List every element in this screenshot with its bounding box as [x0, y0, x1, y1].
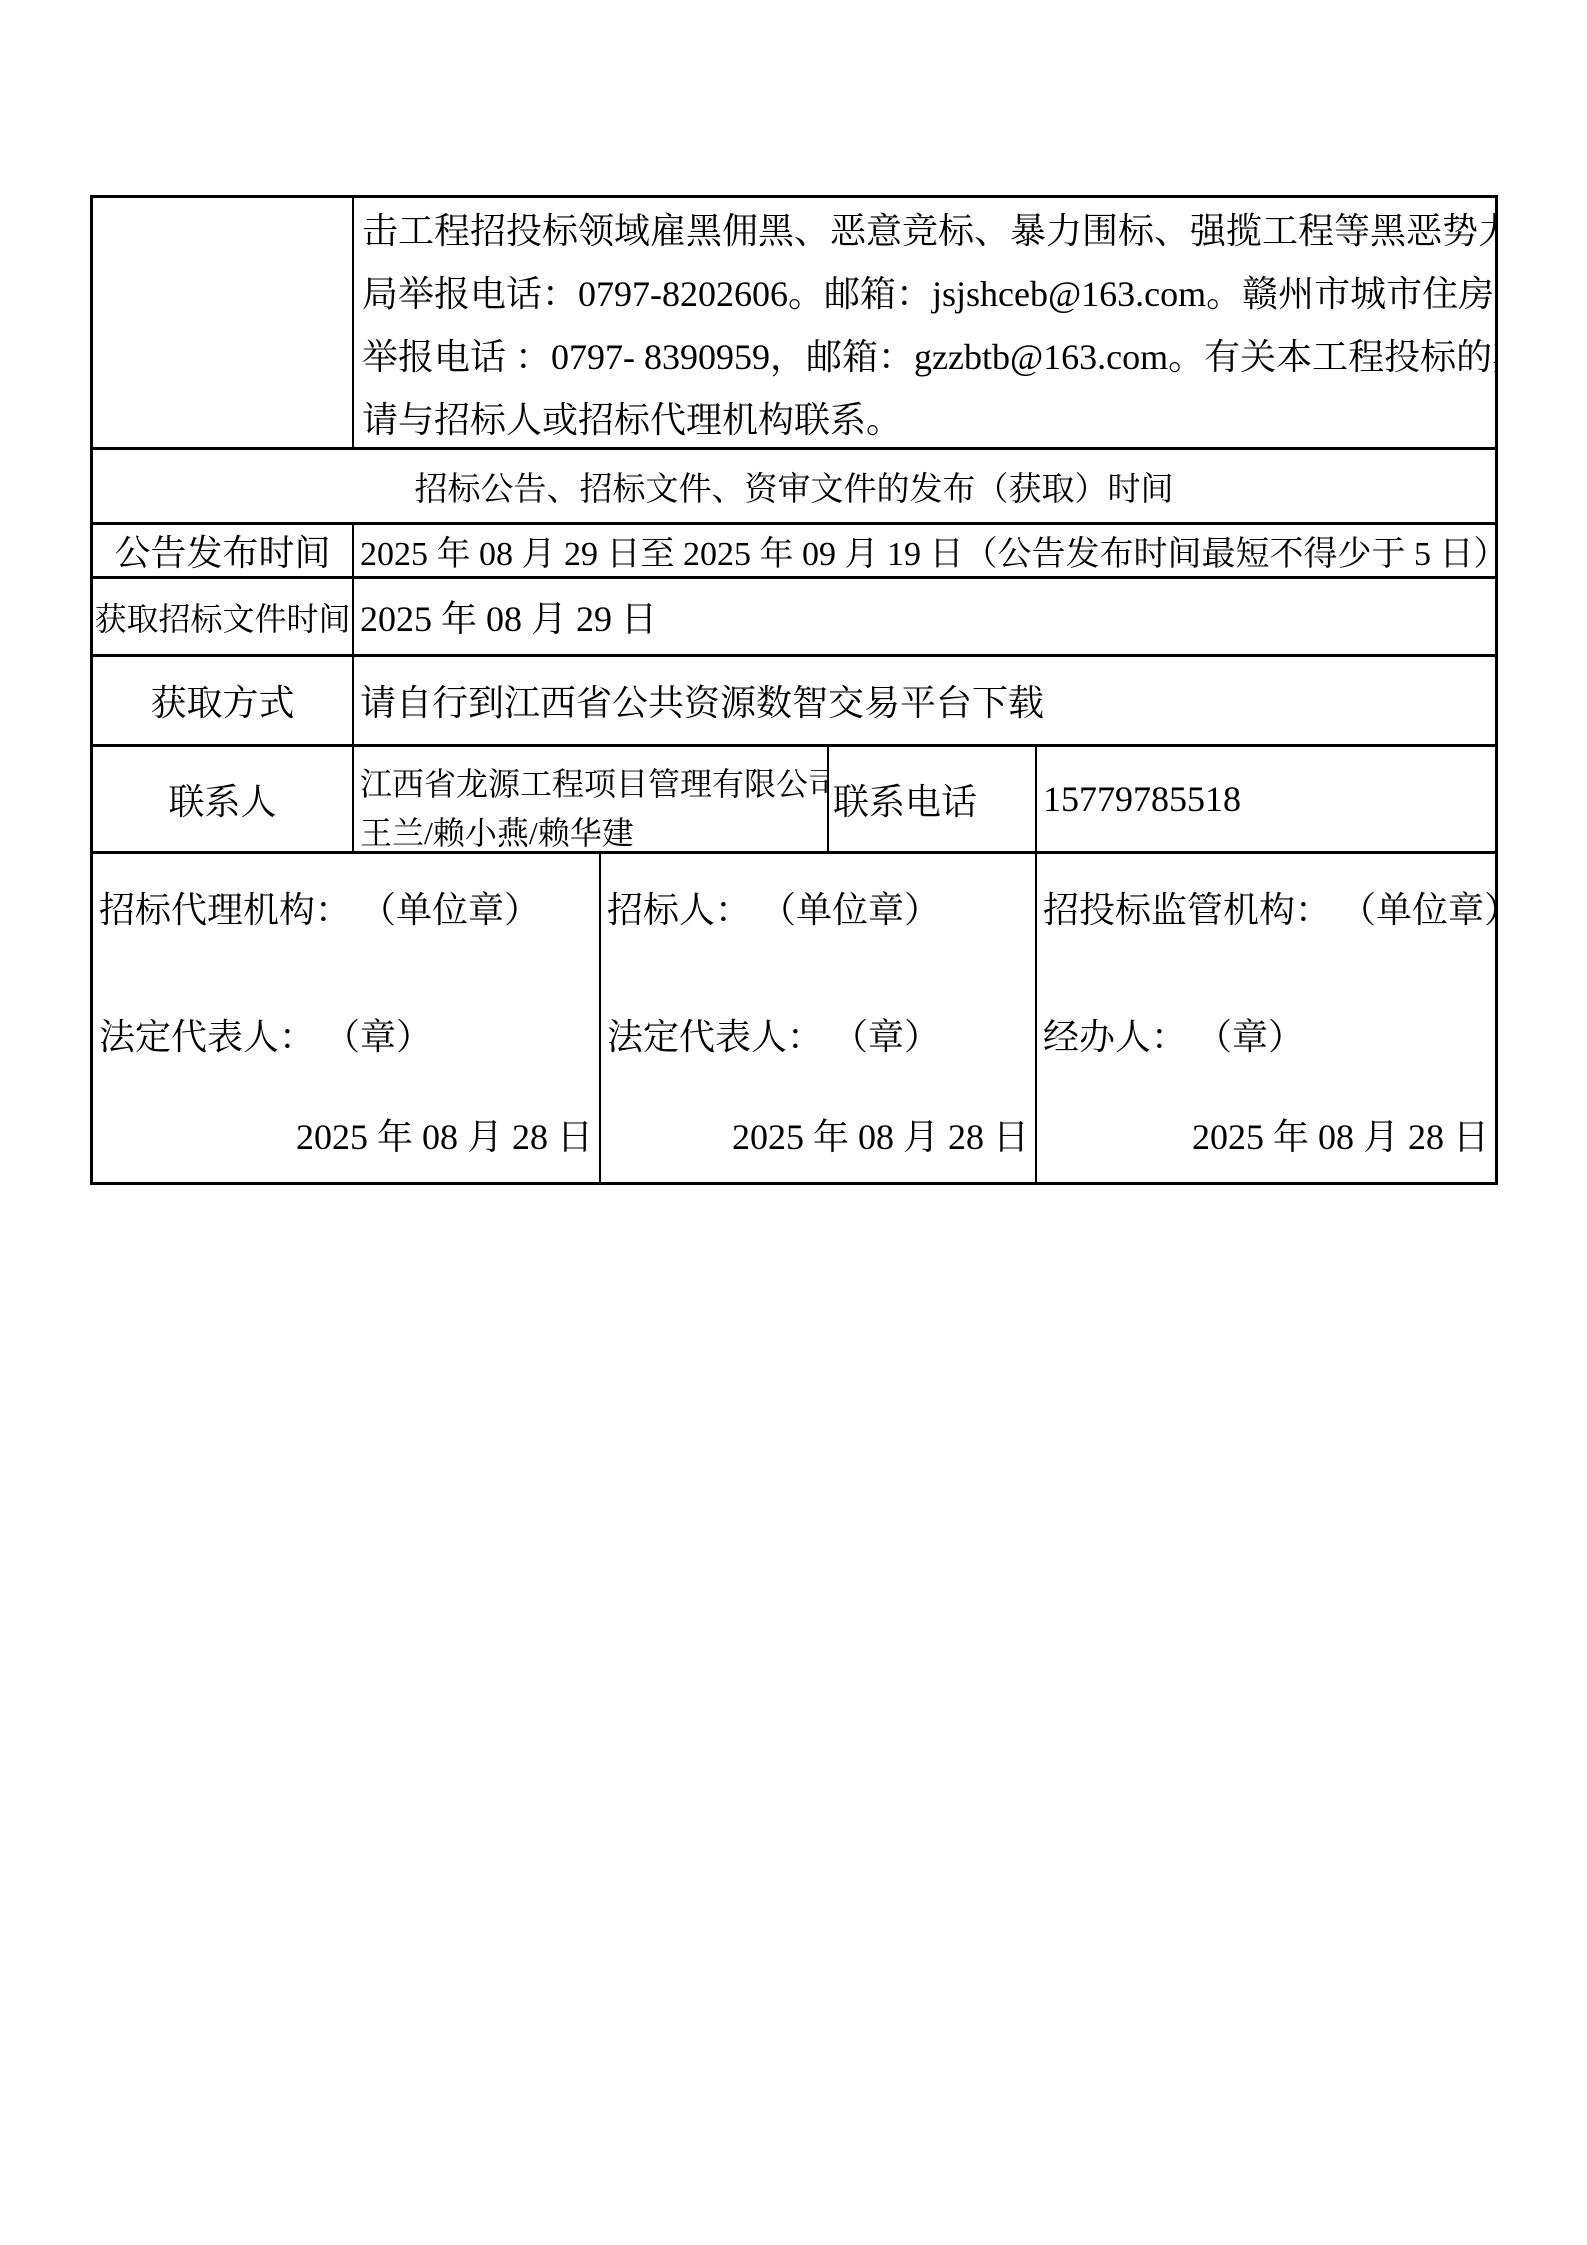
publish-time-label: 公告发布时间 [93, 525, 354, 576]
document-page: 击工程招投标领域雇黑佣黑、恶意竞标、暴力围标、强揽工程等黑恶势力。市住建 局举报… [0, 0, 1587, 2245]
continuation-line-2: 局举报电话：0797-8202606。邮箱：jsjshceb@163.com。赣… [362, 263, 1489, 326]
contact-label: 联系人 [93, 747, 354, 851]
publish-time-value: 2025 年 08 月 29 日至 2025 年 09 月 19 日（公告发布时… [354, 525, 1495, 576]
section-header-text: 招标公告、招标文件、资审文件的发布（获取）时间 [415, 463, 1174, 510]
contact-phone-label: 联系电话 [829, 747, 1037, 851]
acquire-method-label: 获取方式 [93, 657, 354, 744]
doc-acquire-time-row: 获取招标文件时间 2025 年 08 月 29 日 [93, 579, 1495, 657]
sig-agency-org: 招标代理机构： （单位章） [99, 882, 595, 933]
contact-person-names: 王兰/赖小燕/赖华建 [360, 809, 827, 851]
continuation-text-cell: 击工程招投标领域雇黑佣黑、恶意竞标、暴力围标、强揽工程等黑恶势力。市住建 局举报… [354, 198, 1495, 447]
contact-agency-name: 江西省龙源工程项目管理有限公司 [360, 760, 827, 809]
sig-regulator-rep: 经办人： （章） [1043, 1009, 1491, 1060]
sig-agency-rep: 法定代表人： （章） [99, 1009, 595, 1060]
continuation-row: 击工程招投标领域雇黑佣黑、恶意竞标、暴力围标、强揽工程等黑恶势力。市住建 局举报… [93, 198, 1495, 450]
doc-acquire-time-value: 2025 年 08 月 29 日 [354, 579, 1495, 654]
sig-tenderer-rep: 法定代表人： （章） [607, 1009, 1031, 1060]
section-header-row: 招标公告、招标文件、资审文件的发布（获取）时间 [93, 450, 1495, 525]
acquire-method-row: 获取方式 请自行到江西省公共资源数智交易平台下载 [93, 657, 1495, 747]
continuation-line-3: 举报电话 ：0797- 8390959，邮箱：gzzbtb@163.com。有关… [362, 326, 1489, 389]
sig-tenderer-org: 招标人： （单位章） [607, 882, 1031, 933]
sig-tenderer-date: 2025 年 08 月 28 日 [607, 1109, 1031, 1160]
sig-regulator-org: 招投标监管机构： （单位章） [1043, 882, 1491, 933]
sig-regulator-date: 2025 年 08 月 28 日 [1043, 1109, 1491, 1160]
contact-phone-value: 15779785518 [1037, 747, 1495, 851]
contact-row: 联系人 江西省龙源工程项目管理有限公司 王兰/赖小燕/赖华建 联系电话 1577… [93, 747, 1495, 854]
doc-acquire-time-label: 获取招标文件时间 [93, 579, 354, 654]
tender-info-table: 击工程招投标领域雇黑佣黑、恶意竞标、暴力围标、强揽工程等黑恶势力。市住建 局举报… [90, 195, 1498, 1185]
continuation-empty-label-cell [93, 198, 354, 447]
contact-value-cell: 江西省龙源工程项目管理有限公司 王兰/赖小燕/赖华建 [354, 747, 829, 851]
signature-cell-regulator: 招投标监管机构： （单位章） 经办人： （章） 2025 年 08 月 28 日 [1037, 854, 1495, 1182]
signature-row: 招标代理机构： （单位章） 法定代表人： （章） 2025 年 08 月 28 … [93, 854, 1495, 1182]
sig-agency-date: 2025 年 08 月 28 日 [99, 1109, 595, 1160]
signature-cell-tenderer: 招标人： （单位章） 法定代表人： （章） 2025 年 08 月 28 日 [601, 854, 1037, 1182]
continuation-line-1: 击工程招投标领域雇黑佣黑、恶意竞标、暴力围标、强揽工程等黑恶势力。市住建 [362, 200, 1489, 263]
publish-time-row: 公告发布时间 2025 年 08 月 29 日至 2025 年 09 月 19 … [93, 525, 1495, 579]
acquire-method-value: 请自行到江西省公共资源数智交易平台下载 [354, 657, 1495, 744]
continuation-line-4: 请与招标人或招标代理机构联系。 [362, 389, 1489, 447]
signature-cell-agency: 招标代理机构： （单位章） 法定代表人： （章） 2025 年 08 月 28 … [93, 854, 601, 1182]
